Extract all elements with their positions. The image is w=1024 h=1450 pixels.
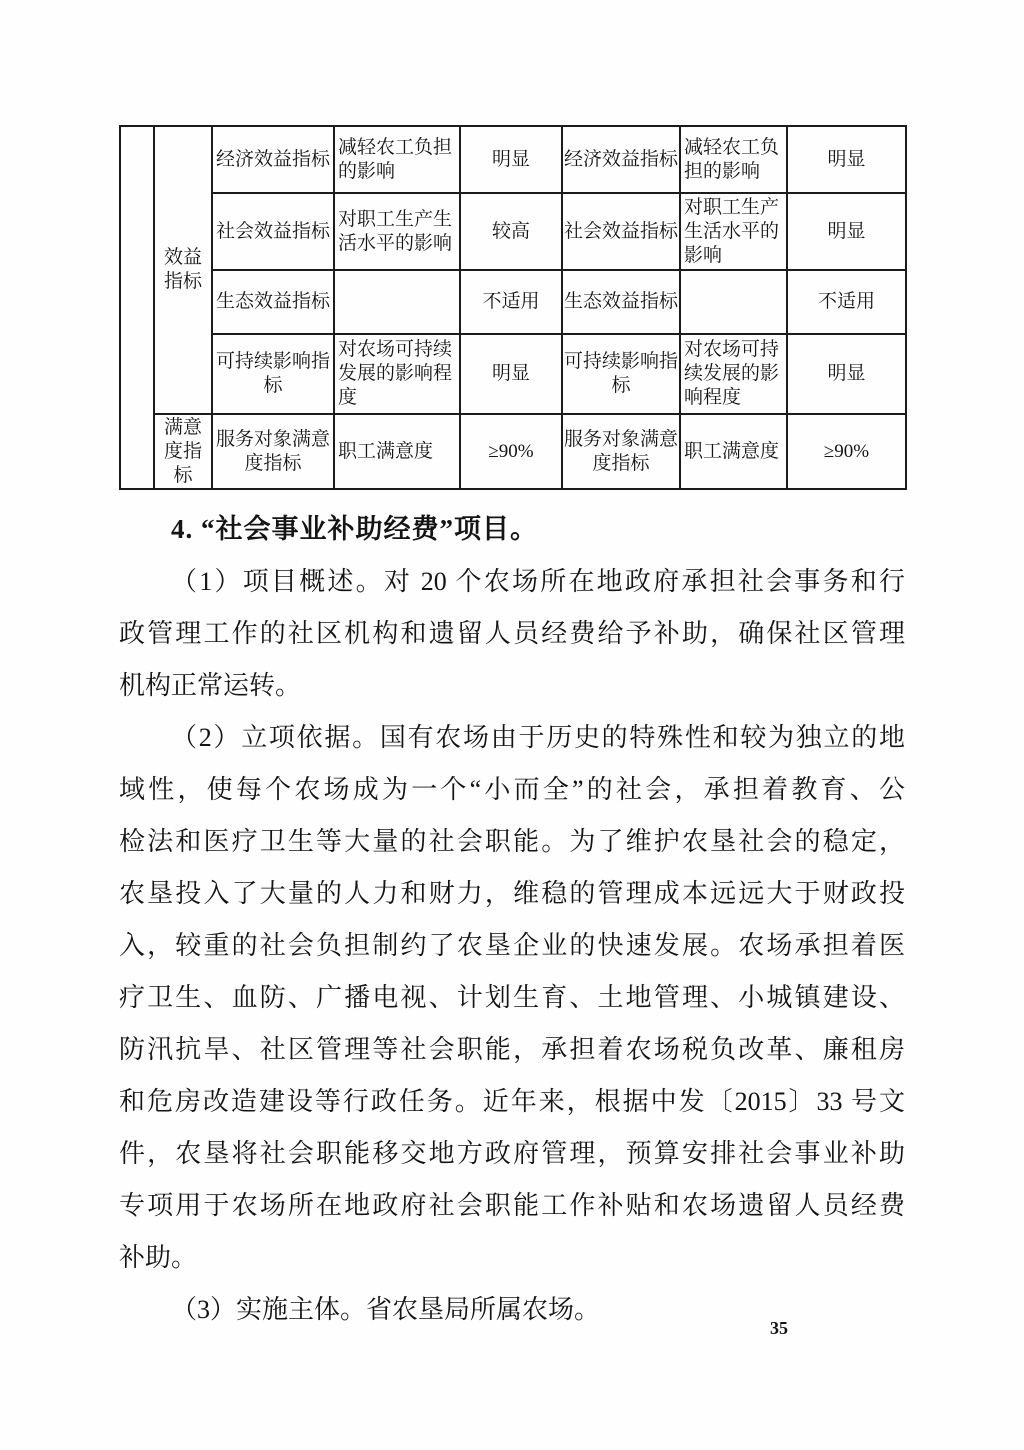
body-text-line: 和危房改造建设等行政任务。近年来，根据中发〔2015〕33 号文 [119,1076,905,1128]
table-cell-indicator-desc: 减轻农工负担 的影响 [334,126,460,193]
document-page: 效益 指标 经济效益指标 减轻农工负担 的影响 明显 经济效益指标 减轻农工负 … [0,0,1024,1450]
table-cell-indicator-name: 社会效益指标 [212,193,334,270]
table-cell-indicator-value: 明显 [460,334,562,414]
table-cell-indicator-desc [680,270,787,334]
page-number: 35 [770,1318,788,1339]
body-text-line: 疗卫生、血防、广播电视、计划生育、土地管理、小城镇建设、 [119,972,905,1024]
table-cell-indicator-value: 明显 [787,193,906,270]
table-cell-indicator-name: 服务对象满意 度指标 [212,414,334,489]
table-cell-indicator-name: 可持续影响指 标 [562,334,680,414]
table-cell-indicator-value: 明显 [787,334,906,414]
table-cell-group-satisfaction: 满意 度指 标 [154,414,212,489]
body-text-line: 入，较重的社会负担制约了农垦企业的快速发展。农场承担着医 [119,920,905,972]
table-cell-indicator-value: ≥90% [787,414,906,489]
table-row: 可持续影响指 标 对农场可持续 发展的影响程 度 明显 可持续影响指 标 对农场… [120,334,906,414]
table-cell-indicator-name: 生态效益指标 [212,270,334,334]
table-cell-indicator-value: 较高 [460,193,562,270]
table-cell-indicator-desc [334,270,460,334]
table-cell-indicator-value: 明显 [460,126,562,193]
body-text-line: 农垦投入了大量的人力和财力，维稳的管理成本远远大于财政投 [119,868,905,920]
table-row: 社会效益指标 对职工生产生 活水平的影响 较高 社会效益指标 对职工生产 生活水… [120,193,906,270]
table-cell-indicator-name: 社会效益指标 [562,193,680,270]
table-cell-indicator-value: 不适用 [787,270,906,334]
table-cell-indicator-desc: 减轻农工负 担的影响 [680,126,787,193]
table-cell-indicator-desc: 对职工生产 生活水平的 影响 [680,193,787,270]
body-text-line: 域性，使每个农场成为一个“小而全”的社会，承担着教育、公 [119,764,905,816]
body-text-line: 件，农垦将社会职能移交地方政府管理，预算安排社会事业补助 [119,1128,905,1180]
body-text-line: 专项用于农场所在地政府社会职能工作补贴和农场遗留人员经费 [119,1180,905,1232]
section-heading: 4. “社会事业补助经费”项目。 [119,503,905,555]
table-cell-indicator-desc: 对农场可持续 发展的影响程 度 [334,334,460,414]
table-cell-indicator-name: 服务对象满意 度指标 [562,414,680,489]
body-text-line: 防汛抗旱、社区管理等社会职能，承担着农场税负改革、廉租房 [119,1024,905,1076]
table-cell-indicator-desc: 职工满意度 [334,414,460,489]
table-row: 生态效益指标 不适用 生态效益指标 不适用 [120,270,906,334]
table-cell-indicator-value: 不适用 [460,270,562,334]
body-text-line: （1）项目概述。对 20 个农场所在地政府承担社会事务和行 [119,556,905,608]
body-text-line: 政管理工作的社区机构和遗留人员经费给予补助，确保社区管理 [119,608,905,660]
body-text: （1）项目概述。对 20 个农场所在地政府承担社会事务和行 政管理工作的社区机构… [119,556,905,1336]
table-cell-indicator-name: 可持续影响指 标 [212,334,334,414]
table-row: 满意 度指 标 服务对象满意 度指标 职工满意度 ≥90% 服务对象满意 度指标… [120,414,906,489]
table-cell-indicator-name: 生态效益指标 [562,270,680,334]
table-row: 效益 指标 经济效益指标 减轻农工负担 的影响 明显 经济效益指标 减轻农工负 … [120,126,906,193]
table-cell-indicator-desc: 对农场可持 续发展的影 响程度 [680,334,787,414]
table-cell-indicator-desc: 对职工生产生 活水平的影响 [334,193,460,270]
body-text-line: 补助。 [119,1232,905,1284]
table-cell-left-spacer [120,126,154,489]
evaluation-indicator-table: 效益 指标 经济效益指标 减轻农工负担 的影响 明显 经济效益指标 减轻农工负 … [119,125,907,490]
body-text-line: 检法和医疗卫生等大量的社会职能。为了维护农垦社会的稳定， [119,816,905,868]
table-cell-indicator-value: ≥90% [460,414,562,489]
table-cell-indicator-desc: 职工满意度 [680,414,787,489]
body-text-line: （2）立项依据。国有农场由于历史的特殊性和较为独立的地 [119,712,905,764]
table-cell-group-benefit: 效益 指标 [154,126,212,414]
body-text-line: 机构正常运转。 [119,660,905,712]
table-cell-indicator-value: 明显 [787,126,906,193]
table-cell-indicator-name: 经济效益指标 [212,126,334,193]
table-cell-indicator-name: 经济效益指标 [562,126,680,193]
